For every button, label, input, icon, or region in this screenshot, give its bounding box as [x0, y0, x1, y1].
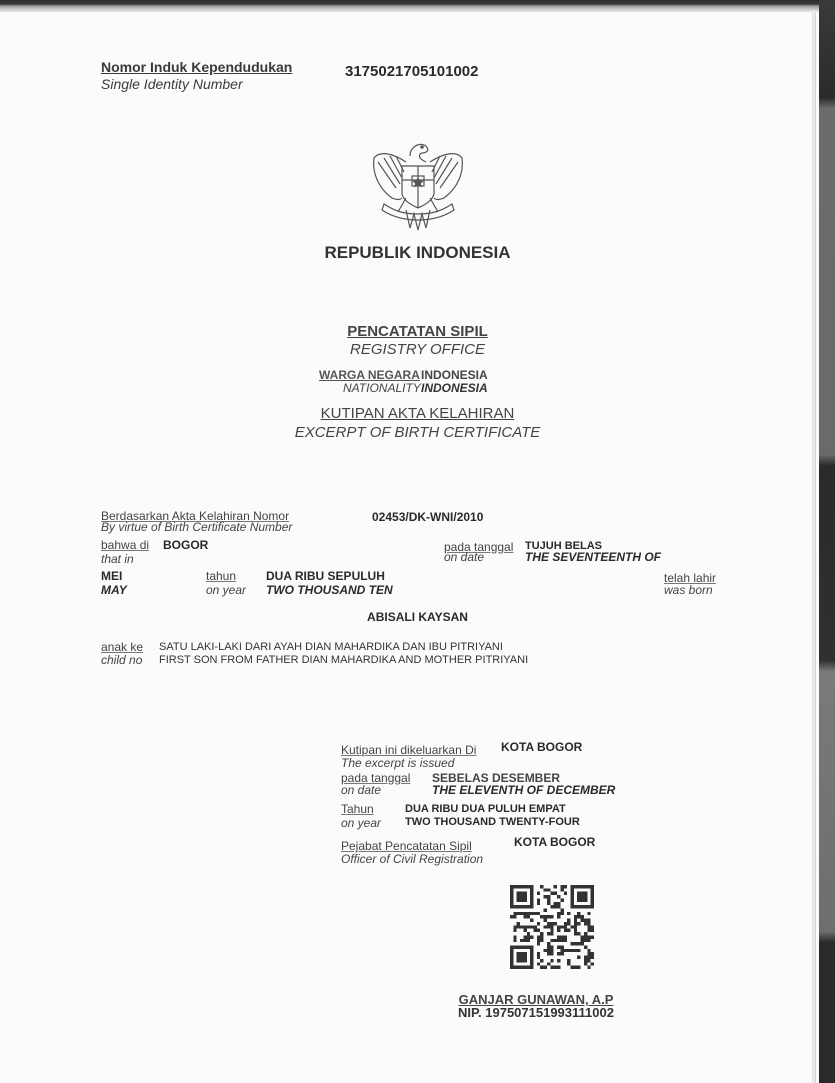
- issued-at-label-en: The excerpt is issued: [341, 756, 454, 770]
- paper-edge: [812, 10, 816, 1083]
- birth-year-value: DUA RIBU SEPULUH: [266, 569, 385, 583]
- issue-year-value: DUA RIBU DUA PULUH EMPAT: [405, 803, 566, 815]
- garuda-emblem-icon: [366, 132, 470, 236]
- document-title: KUTIPAN AKTA KELAHIRAN: [0, 405, 835, 422]
- officer-label: Pejabat Pencatatan Sipil: [341, 839, 472, 853]
- office-title-en: REGISTRY OFFICE: [0, 341, 835, 358]
- birth-month-value-en: MAY: [101, 583, 127, 597]
- cert-number-label-en: By virtue of Birth Certificate Number: [101, 520, 292, 534]
- issued-at-value: KOTA BOGOR: [501, 740, 582, 754]
- issued-at-label: Kutipan ini dikeluarkan Di: [341, 743, 476, 757]
- country-title: REPUBLIK INDONESIA: [0, 243, 835, 263]
- nationality-label: WARGA NEGARA: [319, 368, 420, 382]
- officer-value: KOTA BOGOR: [514, 835, 595, 849]
- office-title: PENCATATAN SIPIL: [0, 323, 835, 340]
- signatory-nip: NIP. 197507151993111002: [436, 1005, 636, 1020]
- document-title-en: EXCERPT OF BIRTH CERTIFICATE: [0, 424, 835, 441]
- cert-number-value: 02453/DK-WNI/2010: [372, 510, 483, 524]
- scan-right-border: [819, 0, 835, 1083]
- child-order-value: SATU LAKI-LAKI DARI AYAH DIAN MAHARDIKA …: [159, 641, 503, 653]
- nik-value: 3175021705101002: [345, 63, 478, 80]
- place-label-en: that in: [101, 552, 134, 566]
- scan-top-border: [0, 0, 835, 12]
- birth-month-value: MEI: [101, 569, 122, 583]
- child-name: ABISALI KAYSAN: [0, 610, 835, 624]
- birth-date-value-en: THE SEVENTEENTH OF: [525, 550, 661, 564]
- issue-year-value-en: TWO THOUSAND TWENTY-FOUR: [405, 816, 580, 828]
- birth-year-label: tahun: [206, 569, 236, 583]
- qr-code-icon: [510, 885, 594, 969]
- place-value: BOGOR: [163, 538, 208, 552]
- place-label: bahwa di: [101, 538, 149, 552]
- birth-year-value-en: TWO THOUSAND TEN: [266, 583, 393, 597]
- nik-label-en: Single Identity Number: [101, 76, 243, 92]
- child-order-label: anak ke: [101, 640, 143, 654]
- nationality-value-en: INDONESIA: [421, 381, 488, 395]
- nationality-value: INDONESIA: [421, 368, 488, 382]
- birth-date-label-en: on date: [444, 550, 484, 564]
- issue-year-label: Tahun: [341, 802, 374, 816]
- officer-label-en: Officer of Civil Registration: [341, 852, 483, 866]
- nik-label: Nomor Induk Kependudukan: [101, 59, 292, 75]
- issue-year-label-en: on year: [341, 816, 381, 830]
- child-order-value-en: FIRST SON FROM FATHER DIAN MAHARDIKA AND…: [159, 654, 528, 666]
- born-label-en: was born: [664, 583, 713, 597]
- birth-year-label-en: on year: [206, 583, 246, 597]
- issue-date-value-en: THE ELEVENTH OF DECEMBER: [432, 783, 615, 797]
- nationality-label-en: NATIONALITY: [343, 381, 421, 395]
- child-order-label-en: child no: [101, 653, 142, 667]
- issue-date-label-en: on date: [341, 783, 381, 797]
